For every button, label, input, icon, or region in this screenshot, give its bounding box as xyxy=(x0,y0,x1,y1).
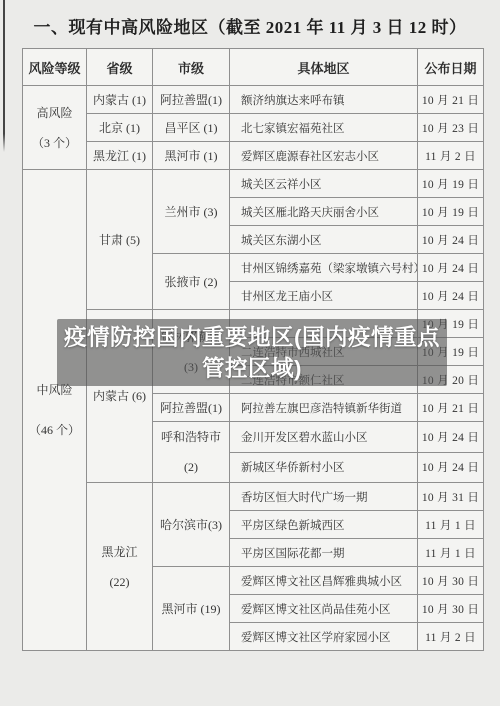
province-cell: 内蒙古 (1) xyxy=(87,86,153,114)
area-cell: 城关区东湖小区 xyxy=(230,226,418,254)
area-cell: 香坊区恒大时代广场一期 xyxy=(230,483,418,511)
city-cell: 昌平区 (1) xyxy=(153,114,230,142)
area-cell: 平房区国际花都一期 xyxy=(230,539,418,567)
area-cell: 爱辉区博文社区昌辉雅典城小区 xyxy=(230,567,418,595)
city-cell: 黑河市 (1) xyxy=(153,142,230,170)
date-cell: 10 月 24 日 xyxy=(418,422,484,453)
province-cell: 北京 (1) xyxy=(87,114,153,142)
city-cell: 呼和浩特市 (2) xyxy=(153,422,230,483)
date-cell: 10 月 19 日 xyxy=(418,198,484,226)
date-cell: 10 月 24 日 xyxy=(418,254,484,282)
area-cell: 金川开发区碧水蓝山小区 xyxy=(230,422,418,453)
city-cell: 黑河市 (19) xyxy=(153,567,230,651)
date-cell: 11 月 1 日 xyxy=(418,539,484,567)
risk-level-cell: 高风险 （3 个） xyxy=(23,86,87,170)
area-cell: 城关区雁北路天庆丽舍小区 xyxy=(230,198,418,226)
date-cell: 11 月 2 日 xyxy=(418,623,484,651)
city-cell: 哈尔滨市(3) xyxy=(153,483,230,567)
area-cell: 额济纳旗达来呼布镇 xyxy=(230,86,418,114)
area-cell: 爱辉区博文社区尚品佳苑小区 xyxy=(230,595,418,623)
area-cell: 新城区华侨新村小区 xyxy=(230,452,418,483)
caption-overlay: 疫情防控国内重要地区(国内疫情重点 管控区域) xyxy=(57,319,447,386)
city-cell: 阿拉善盟(1) xyxy=(153,86,230,114)
table-row: 黑龙江 (22) 哈尔滨市(3) 香坊区恒大时代广场一期 10 月 31 日 xyxy=(23,483,484,511)
header-province: 省级 xyxy=(87,49,153,86)
page-title: 一、现有中高风险地区（截至 2021 年 11 月 3 日 12 时） xyxy=(0,13,500,38)
table-header-row: 风险等级 省级 市级 具体地区 公布日期 xyxy=(23,49,484,86)
caption-overlay-line2: 管控区域) xyxy=(202,353,302,384)
header-city: 市级 xyxy=(153,49,230,86)
date-cell: 11 月 2 日 xyxy=(418,142,484,170)
table-row: 黑龙江 (1) 黑河市 (1) 爱辉区鹿源春社区宏志小区 11 月 2 日 xyxy=(23,142,484,170)
area-cell: 阿拉善左旗巴彦浩特镇新华街道 xyxy=(230,394,418,422)
table-row: 高风险 （3 个） 内蒙古 (1) 阿拉善盟(1) 额济纳旗达来呼布镇 10 月… xyxy=(23,86,484,114)
header-date: 公布日期 xyxy=(418,49,484,86)
area-cell: 爱辉区鹿源春社区宏志小区 xyxy=(230,142,418,170)
header-area: 具体地区 xyxy=(230,49,418,86)
date-cell: 10 月 30 日 xyxy=(418,567,484,595)
date-cell: 10 月 24 日 xyxy=(418,226,484,254)
area-cell: 爱辉区博文社区学府家园小区 xyxy=(230,623,418,651)
risk-level-cell: 中风险 （46 个） xyxy=(23,170,87,651)
date-cell: 10 月 31 日 xyxy=(418,483,484,511)
header-risk-level: 风险等级 xyxy=(23,49,87,86)
caption-overlay-line1: 疫情防控国内重要地区(国内疫情重点 xyxy=(64,322,440,353)
area-cell: 甘州区龙王庙小区 xyxy=(230,282,418,310)
date-cell: 11 月 1 日 xyxy=(418,511,484,539)
date-cell: 10 月 19 日 xyxy=(418,170,484,198)
screenshot-page: 一、现有中高风险地区（截至 2021 年 11 月 3 日 12 时） 风险等级… xyxy=(0,0,500,706)
area-cell: 北七家镇宏福苑社区 xyxy=(230,114,418,142)
date-cell: 10 月 24 日 xyxy=(418,452,484,483)
city-cell: 兰州市 (3) xyxy=(153,170,230,254)
date-cell: 10 月 21 日 xyxy=(418,86,484,114)
area-cell: 甘州区锦绣嘉苑（梁家墩镇六号村） xyxy=(230,254,418,282)
province-cell: 甘肃 (5) xyxy=(87,170,153,310)
table-row: 中风险 （46 个） 甘肃 (5) 兰州市 (3) 城关区云祥小区 10 月 1… xyxy=(23,170,484,198)
city-cell: 张掖市 (2) xyxy=(153,254,230,310)
date-cell: 10 月 24 日 xyxy=(418,282,484,310)
date-cell: 10 月 23 日 xyxy=(418,114,484,142)
province-cell: 黑龙江 (1) xyxy=(87,142,153,170)
area-cell: 城关区云祥小区 xyxy=(230,170,418,198)
city-cell: 阿拉善盟(1) xyxy=(153,394,230,422)
date-cell: 10 月 30 日 xyxy=(418,595,484,623)
area-cell: 平房区绿色新城西区 xyxy=(230,511,418,539)
date-cell: 10 月 21 日 xyxy=(418,394,484,422)
province-cell: 黑龙江 (22) xyxy=(87,483,153,651)
table-row: 北京 (1) 昌平区 (1) 北七家镇宏福苑社区 10 月 23 日 xyxy=(23,114,484,142)
